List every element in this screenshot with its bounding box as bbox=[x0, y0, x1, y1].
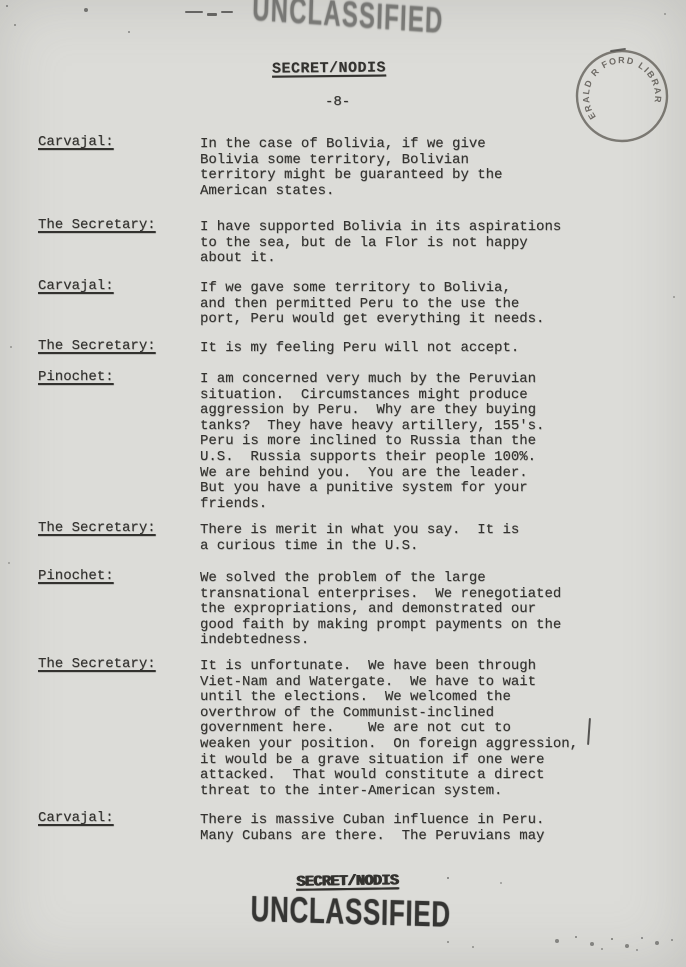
classification-header: SECRET/NODIS bbox=[272, 60, 386, 77]
speaker-label: The Secretary: bbox=[38, 339, 156, 355]
classification-footer: SECRET/NODIS bbox=[296, 873, 398, 890]
speech-text: I have supported Bolivia in its aspirati… bbox=[200, 220, 640, 267]
speech-text: We solved the problem of the large trans… bbox=[200, 571, 640, 649]
speech-text: If we gave some territory to Bolivia, an… bbox=[200, 281, 640, 328]
scan-noise-speckles bbox=[0, 0, 2, 2]
scan-artifact-dash bbox=[185, 11, 203, 13]
speaker-label: The Secretary: bbox=[38, 218, 156, 234]
speech-text: There is massive Cuban influence in Peru… bbox=[200, 813, 640, 844]
speaker-label: The Secretary: bbox=[38, 657, 156, 673]
speaker-label: Carvajal: bbox=[38, 135, 114, 151]
speech-text: It is my feeling Peru will not accept. bbox=[200, 341, 640, 357]
svg-text:GERALD R FORD LIBRARY: GERALD R FORD LIBRARY bbox=[542, 16, 666, 130]
page-number: -8- bbox=[325, 95, 350, 111]
speaker-label: Pinochet: bbox=[38, 370, 114, 386]
unclassified-stamp-top: UNCLASSIFIED bbox=[252, 0, 444, 42]
speaker-label: Pinochet: bbox=[38, 569, 114, 585]
speech-text: It is unfortunate. We have been through … bbox=[200, 659, 640, 799]
speech-text: There is merit in what you say. It is a … bbox=[200, 523, 640, 554]
scan-artifact-dash bbox=[221, 11, 233, 13]
speaker-label: Carvajal: bbox=[38, 811, 114, 827]
unclassified-stamp-bottom: UNCLASSIFIED bbox=[250, 888, 451, 936]
scanned-document-page: UNCLASSIFIED GERALD R FORD LIBRARY SECRE… bbox=[0, 0, 686, 967]
speech-text: I am concerned very much by the Peruvian… bbox=[200, 372, 640, 512]
scan-artifact-dash bbox=[207, 13, 217, 16]
speech-text: In the case of Bolivia, if we give Boliv… bbox=[200, 137, 640, 199]
speaker-label: Carvajal: bbox=[38, 279, 114, 295]
library-stamp-text: GERALD R FORD LIBRARY bbox=[542, 16, 666, 130]
speaker-label: The Secretary: bbox=[38, 521, 156, 537]
